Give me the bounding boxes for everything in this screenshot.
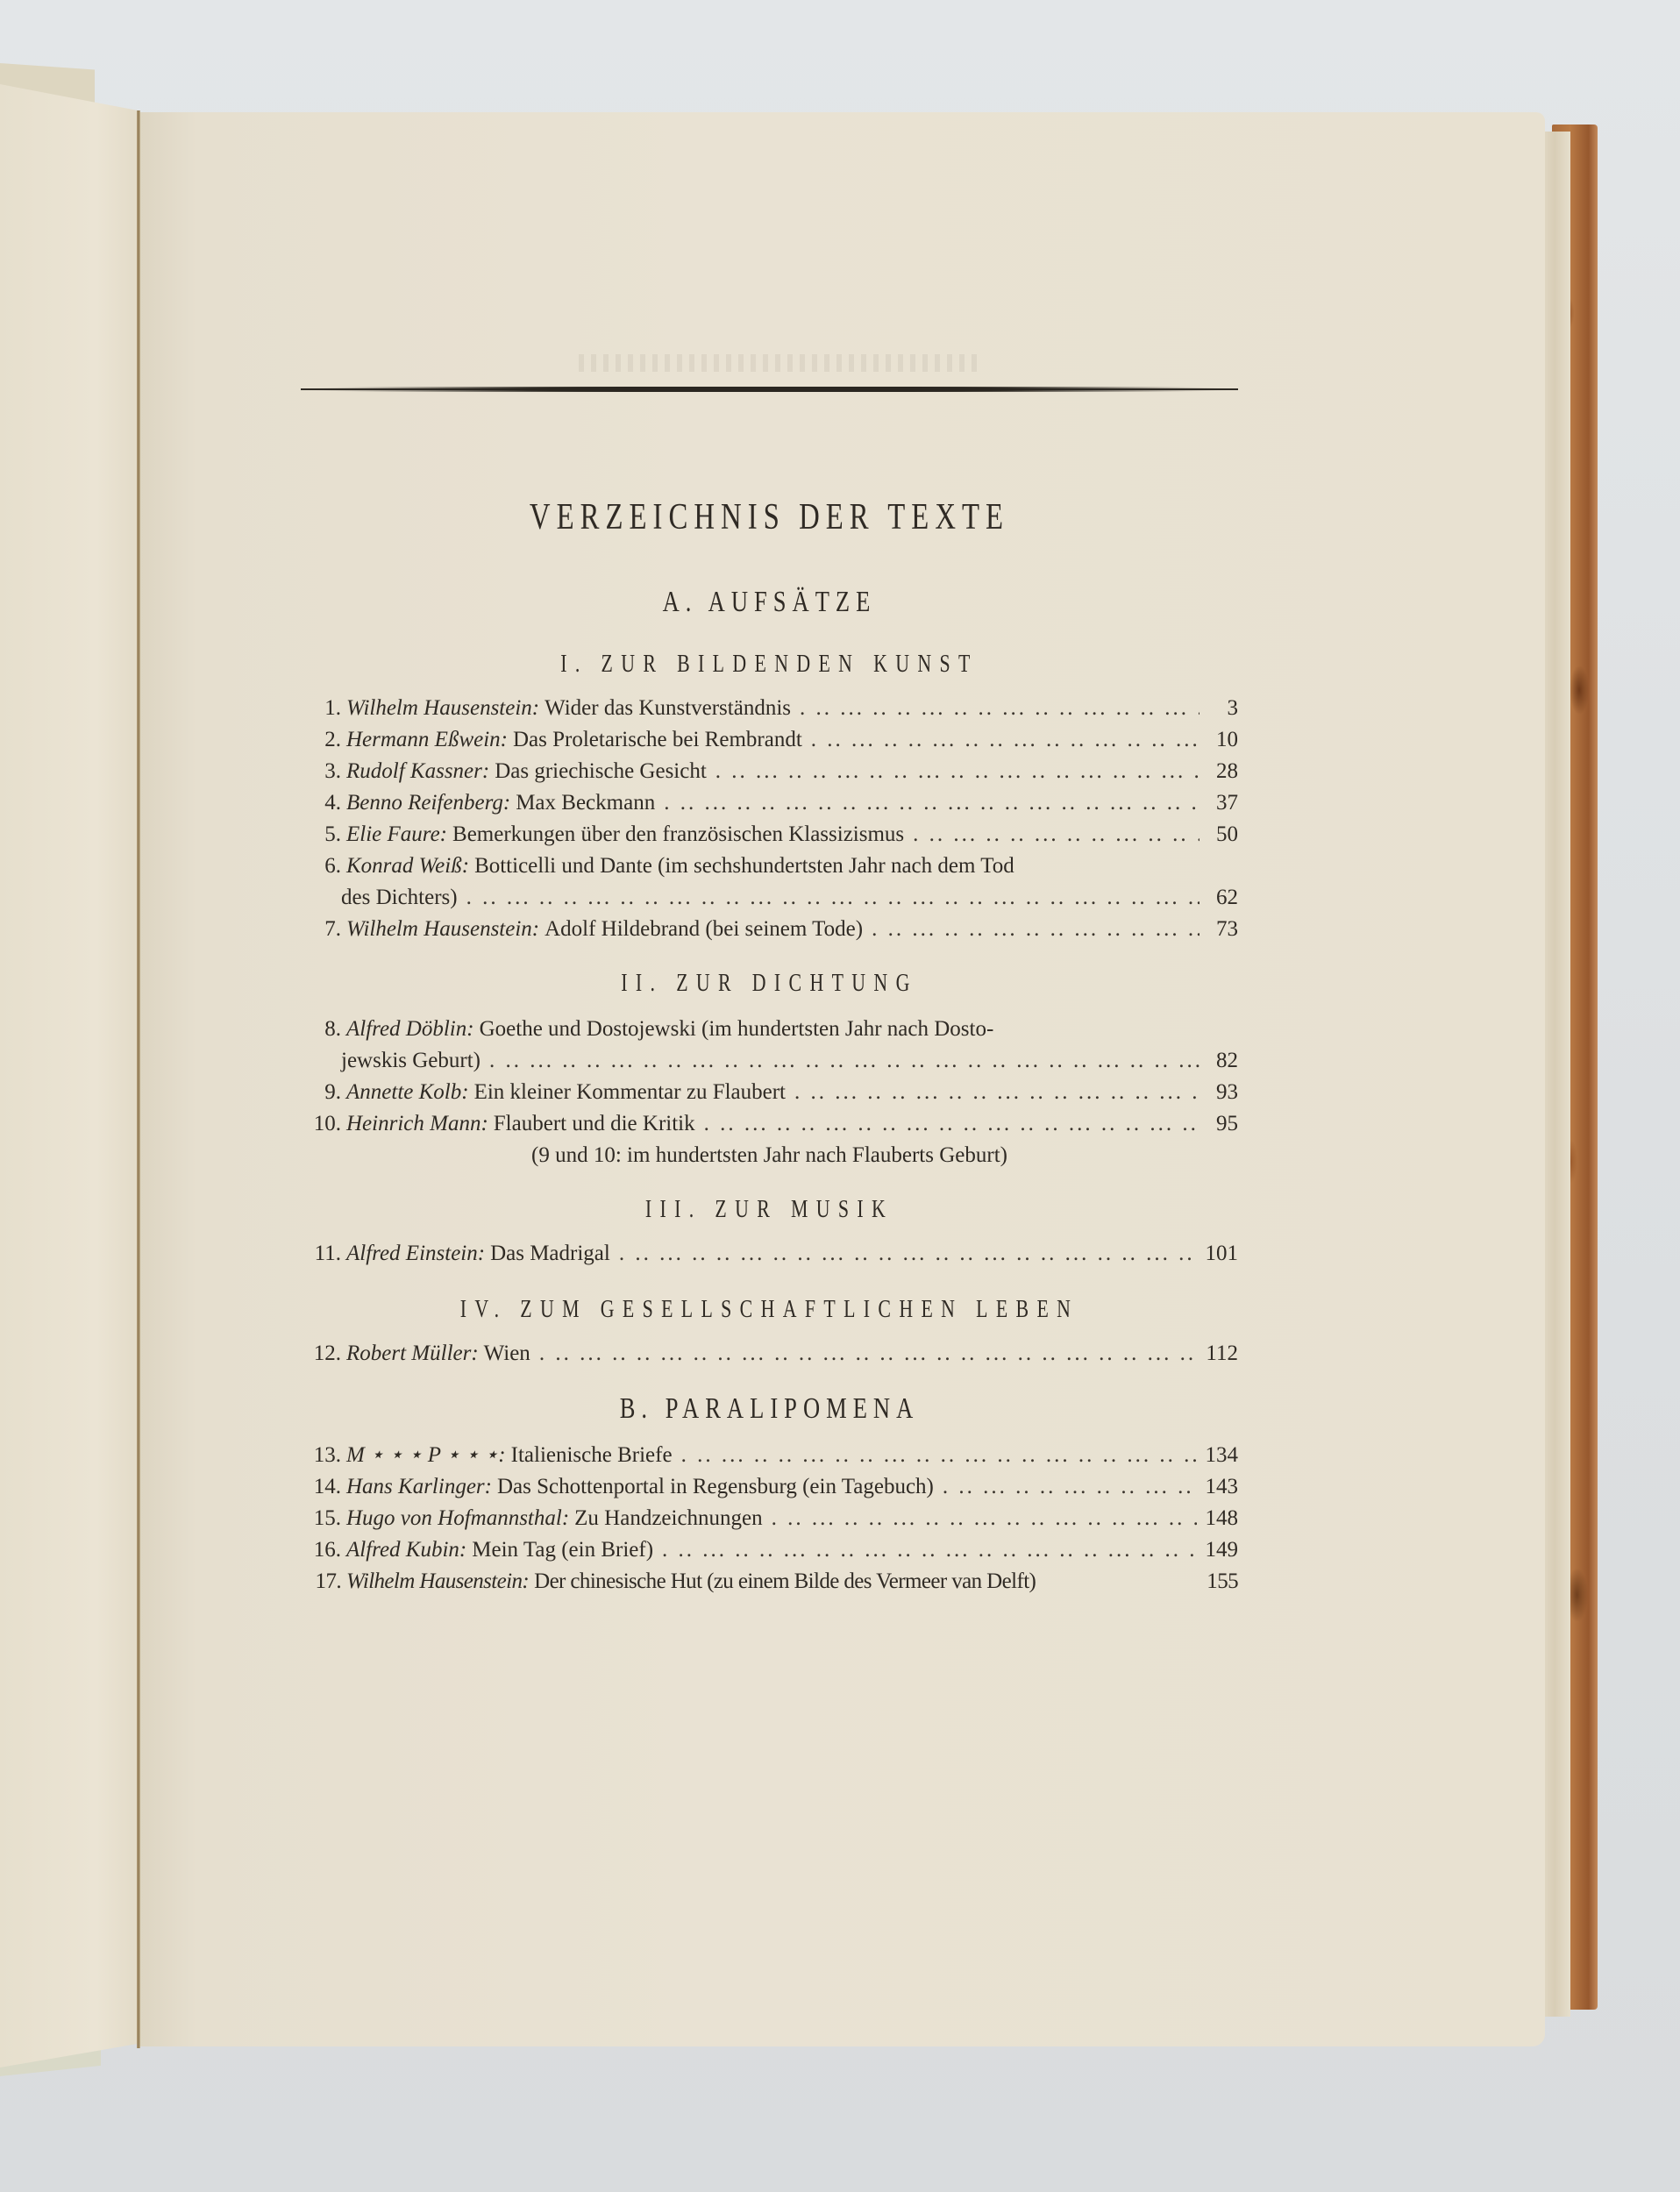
entry-number: 5. — [301, 819, 346, 850]
entry-author: Konrad Weiß: — [346, 850, 469, 882]
entry-number: 3. — [301, 756, 346, 787]
entry-number: 1. — [301, 693, 346, 724]
section-note: (9 und 10: im hundertsten Jahr nach Flau… — [301, 1140, 1238, 1171]
entry-author: Wilhelm Hausenstein: — [346, 914, 539, 945]
entry-title: Max Beckmann — [510, 787, 655, 819]
leader-dots: . .. ... .. .. ... .. .. ... .. .. ... .… — [794, 1077, 1199, 1108]
leader-dots: . .. ... .. .. ... .. .. ... .. .. ... .… — [681, 1440, 1197, 1471]
toc-entry[interactable]: 10. Heinrich Mann: Flaubert und die Krit… — [301, 1108, 1238, 1140]
entry-page: 143 — [1206, 1471, 1239, 1503]
toc-entry[interactable]: 16. Alfred Kubin: Mein Tag (ein Brief) .… — [301, 1534, 1238, 1566]
entry-author: Hans Karlinger: — [346, 1471, 492, 1503]
entry-title: Das Proletarische bei Rembrandt — [508, 724, 802, 756]
entry-title: Das Schottenportal in Regensburg (ein Ta… — [492, 1471, 934, 1503]
toc-entry[interactable]: 8. Alfred Döblin: Goethe und Dostojewski… — [301, 1014, 1238, 1045]
entry-author: Robert Müller: — [346, 1338, 479, 1370]
toc-entry[interactable]: 11. Alfred Einstein: Das Madrigal . .. .… — [301, 1238, 1238, 1270]
entry-author: Alfred Einstein: — [346, 1238, 485, 1270]
entry-author: Alfred Kubin: — [346, 1534, 466, 1566]
entry-page: 112 — [1206, 1338, 1238, 1370]
entry-title: Flaubert und die Kritik — [488, 1108, 695, 1140]
section-heading-musik: III. ZUR MUSIK — [404, 1196, 1135, 1224]
swelled-rule-center — [301, 387, 1238, 392]
part-a-heading: A. AUFSÄTZE — [404, 586, 1135, 619]
toc-entry[interactable]: 5. Elie Faure: Bemerkungen über den fran… — [301, 819, 1238, 850]
toc-entry[interactable]: 12. Robert Müller: Wien . .. ... .. .. .… — [301, 1338, 1238, 1370]
toc-entry[interactable]: 15. Hugo von Hofmannsthal: Zu Handzeichn… — [301, 1503, 1238, 1534]
entry-page: 134 — [1206, 1440, 1239, 1471]
toc-entry[interactable]: 4. Benno Reifenberg: Max Beckmann . .. .… — [301, 787, 1238, 819]
entry-number: 11. — [301, 1238, 346, 1270]
entry-title-continuation: des Dichters) — [301, 882, 458, 914]
entry-author: Wilhelm Hausenstein: — [346, 1566, 529, 1598]
leader-dots: . .. ... .. .. ... .. .. ... .. .. ... .… — [872, 914, 1199, 945]
entry-title: Das griechische Gesicht — [489, 756, 707, 787]
part-b-heading: B. PARALIPOMENA — [404, 1392, 1135, 1426]
entry-number: 13. — [301, 1440, 346, 1471]
entry-author: Hugo von Hofmannsthal: — [346, 1503, 569, 1534]
entry-title-continuation: jewskis Geburt) — [301, 1045, 481, 1077]
entry-page: 62 — [1208, 882, 1238, 914]
entry-title: Italienische Briefe — [506, 1440, 673, 1471]
entry-page: 28 — [1208, 756, 1238, 787]
entry-number: 10. — [301, 1108, 346, 1140]
page-title: VERZEICHNIS DER TEXTE — [404, 496, 1135, 538]
left-page — [0, 84, 138, 2067]
toc-entry[interactable]: 9. Annette Kolb: Ein kleiner Kommentar z… — [301, 1077, 1238, 1108]
entry-number: 9. — [301, 1077, 346, 1108]
leader-dots: . .. ... .. .. ... .. .. ... .. .. ... .… — [811, 724, 1199, 756]
entry-author: Annette Kolb: — [346, 1077, 469, 1108]
show-through-text — [579, 354, 982, 372]
leader-dots: . .. ... .. .. ... .. .. ... .. .. ... .… — [619, 1238, 1197, 1270]
leader-dots: . .. ... .. .. ... .. .. ... .. .. ... .… — [772, 1503, 1197, 1534]
leader-dots: . .. ... .. .. ... .. .. ... .. .. ... .… — [913, 819, 1199, 850]
entry-number: 2. — [301, 724, 346, 756]
entry-author: Hermann Eßwein: — [346, 724, 508, 756]
entry-title: Der chinesische Hut (zu einem Bilde des … — [529, 1566, 1036, 1598]
entry-page: 10 — [1208, 724, 1238, 756]
entry-number: 6. — [301, 850, 346, 882]
entry-title: Botticelli und Dante (im sechshundertste… — [469, 850, 1014, 882]
entry-number: 7. — [301, 914, 346, 945]
toc-entry[interactable]: 13. M ⋆ ⋆ ⋆ P ⋆ ⋆ ⋆: Italienische Briefe… — [301, 1440, 1238, 1471]
toc-entry[interactable]: 17. Wilhelm Hausenstein: Der chinesische… — [301, 1566, 1238, 1598]
toc-entry[interactable]: 1. Wilhelm Hausenstein: Wider das Kunstv… — [301, 693, 1238, 724]
toc-entry[interactable]: 6. Konrad Weiß: Botticelli und Dante (im… — [301, 850, 1238, 882]
entry-title: Das Madrigal — [485, 1238, 610, 1270]
entry-page: 3 — [1208, 693, 1238, 724]
entry-title: Adolf Hildebrand (bei seinem Tode) — [539, 914, 863, 945]
toc-entry-continuation[interactable]: des Dichters) . .. ... .. .. ... .. .. .… — [301, 882, 1238, 914]
entry-author: Heinrich Mann: — [346, 1108, 488, 1140]
entry-page: 82 — [1208, 1045, 1238, 1077]
toc-entry[interactable]: 3. Rudolf Kassner: Das griechische Gesic… — [301, 756, 1238, 787]
leader-dots: . .. ... .. .. ... .. .. ... .. .. ... .… — [943, 1471, 1197, 1503]
entry-title: Wider das Kunstverständnis — [539, 693, 791, 724]
entry-author: M ⋆ ⋆ ⋆ P ⋆ ⋆ ⋆: — [346, 1440, 506, 1471]
entry-number: 12. — [301, 1338, 346, 1370]
entry-page: 101 — [1206, 1238, 1239, 1270]
entry-page: 50 — [1208, 819, 1238, 850]
leader-dots: . .. ... .. .. ... .. .. ... .. .. ... .… — [539, 1338, 1198, 1370]
entry-page: 155 — [1207, 1566, 1238, 1598]
entry-page: 148 — [1206, 1503, 1239, 1534]
toc-entry-continuation[interactable]: jewskis Geburt) . .. ... .. .. ... .. ..… — [301, 1045, 1238, 1077]
book-gutter — [137, 110, 140, 2048]
entry-number: 16. — [301, 1534, 346, 1566]
section-heading-gesellschaftliches-leben: IV. ZUM GESELLSCHAFTLICHEN LEBEN — [404, 1296, 1135, 1324]
leader-dots: . .. ... .. .. ... .. .. ... .. .. ... .… — [466, 882, 1199, 914]
entry-title: Goethe und Dostojewski (im hundertsten J… — [474, 1014, 994, 1045]
entry-page: 149 — [1206, 1534, 1239, 1566]
entry-title: Bemerkungen über den französischen Klass… — [447, 819, 904, 850]
entry-author: Benno Reifenberg: — [346, 787, 510, 819]
entry-author: Elie Faure: — [346, 819, 447, 850]
entry-page: 37 — [1208, 787, 1238, 819]
leader-dots: . .. ... .. .. ... .. .. ... .. .. ... .… — [664, 787, 1199, 819]
toc-entry[interactable]: 2. Hermann Eßwein: Das Proletarische bei… — [301, 724, 1238, 756]
toc-entry[interactable]: 14. Hans Karlinger: Das Schottenportal i… — [301, 1471, 1238, 1503]
entry-page: 93 — [1208, 1077, 1238, 1108]
section-heading-dichtung: II. ZUR DICHTUNG — [404, 970, 1135, 998]
leader-dots: . .. ... .. .. ... .. .. ... .. .. ... .… — [715, 756, 1199, 787]
leader-dots: . .. ... .. .. ... .. .. ... .. .. ... .… — [662, 1534, 1196, 1566]
leader-dots: . .. ... .. .. ... .. .. ... .. .. ... .… — [800, 693, 1199, 724]
entry-page: 73 — [1208, 914, 1238, 945]
leader-dots: . .. ... .. .. ... .. .. ... .. .. ... .… — [489, 1045, 1199, 1077]
entry-title: Mein Tag (ein Brief) — [466, 1534, 653, 1566]
entry-number: 17. — [301, 1566, 346, 1598]
leader-dots: . .. ... .. .. ... .. .. ... .. .. ... .… — [704, 1108, 1199, 1140]
entry-author: Wilhelm Hausenstein: — [346, 693, 539, 724]
entry-title: Zu Handzeichnungen — [569, 1503, 763, 1534]
entry-title: Ein kleiner Kommentar zu Flaubert — [469, 1077, 786, 1108]
entry-author: Alfred Döblin: — [346, 1014, 474, 1045]
entry-page: 95 — [1208, 1108, 1238, 1140]
toc-entry[interactable]: 7. Wilhelm Hausenstein: Adolf Hildebrand… — [301, 914, 1238, 945]
entry-number: 14. — [301, 1471, 346, 1503]
section-heading-bildende-kunst: I. ZUR BILDENDEN KUNST — [404, 651, 1135, 679]
entry-number: 4. — [301, 787, 346, 819]
entry-number: 8. — [301, 1014, 346, 1045]
entry-title: Wien — [479, 1338, 530, 1370]
entry-number: 15. — [301, 1503, 346, 1534]
entry-author: Rudolf Kassner: — [346, 756, 489, 787]
